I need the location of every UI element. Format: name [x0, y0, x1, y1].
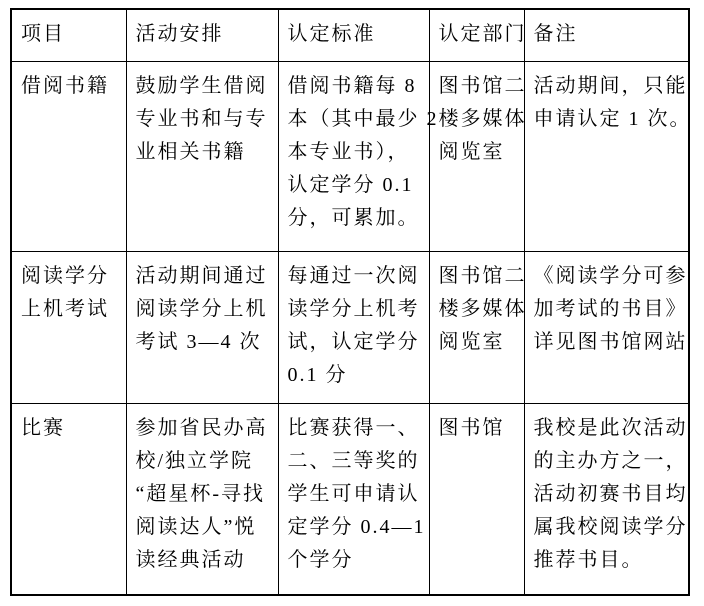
- credit-activities-table: 项目 活动安排 认定标准 认定部门 备注 借阅书籍 鼓励学生借阅 专业书和与专 …: [10, 8, 690, 596]
- cell-standard: 比赛获得一、 二、三等奖的 学生可申请认 定学分 0.4—1 个学分: [278, 403, 429, 595]
- column-header-arrangement: 活动安排: [126, 9, 278, 61]
- column-header-item: 项目: [11, 9, 126, 61]
- column-header-standard: 认定标准: [278, 9, 429, 61]
- column-header-remarks: 备注: [524, 9, 689, 61]
- column-header-department: 认定部门: [429, 9, 524, 61]
- cell-department: 图书馆二 楼多媒体 阅览室: [429, 61, 524, 251]
- table-row-competition: 比赛 参加省民办高 校/独立学院 “超星杯-寻找 阅读达人”悦 读经典活动 比赛…: [11, 403, 689, 595]
- table-header-row: 项目 活动安排 认定标准 认定部门 备注: [11, 9, 689, 61]
- document-page: 项目 活动安排 认定标准 认定部门 备注 借阅书籍 鼓励学生借阅 专业书和与专 …: [0, 0, 704, 606]
- cell-department: 图书馆: [429, 403, 524, 595]
- cell-item: 比赛: [11, 403, 126, 595]
- cell-item: 借阅书籍: [11, 61, 126, 251]
- cell-arrangement: 参加省民办高 校/独立学院 “超星杯-寻找 阅读达人”悦 读经典活动: [126, 403, 278, 595]
- cell-remarks: 我校是此次活动 的主办方之一， 活动初赛书目均 属我校阅读学分 推荐书目。: [524, 403, 689, 595]
- cell-department: 图书馆二 楼多媒体 阅览室: [429, 251, 524, 403]
- cell-remarks: 活动期间，只能 申请认定 1 次。: [524, 61, 689, 251]
- cell-standard: 借阅书籍每 8 本（其中最少 2 本专业书）， 认定学分 0.1 分，可累加。: [278, 61, 429, 251]
- table-row-reading-credit-exam: 阅读学分 上机考试 活动期间通过 阅读学分上机 考试 3—4 次 每通过一次阅 …: [11, 251, 689, 403]
- cell-item: 阅读学分 上机考试: [11, 251, 126, 403]
- cell-standard: 每通过一次阅 读学分上机考 试，认定学分 0.1 分: [278, 251, 429, 403]
- cell-remarks: 《阅读学分可参 加考试的书目》 详见图书馆网站: [524, 251, 689, 403]
- cell-arrangement: 活动期间通过 阅读学分上机 考试 3—4 次: [126, 251, 278, 403]
- table-row-borrow-books: 借阅书籍 鼓励学生借阅 专业书和与专 业相关书籍 借阅书籍每 8 本（其中最少 …: [11, 61, 689, 251]
- cell-arrangement: 鼓励学生借阅 专业书和与专 业相关书籍: [126, 61, 278, 251]
